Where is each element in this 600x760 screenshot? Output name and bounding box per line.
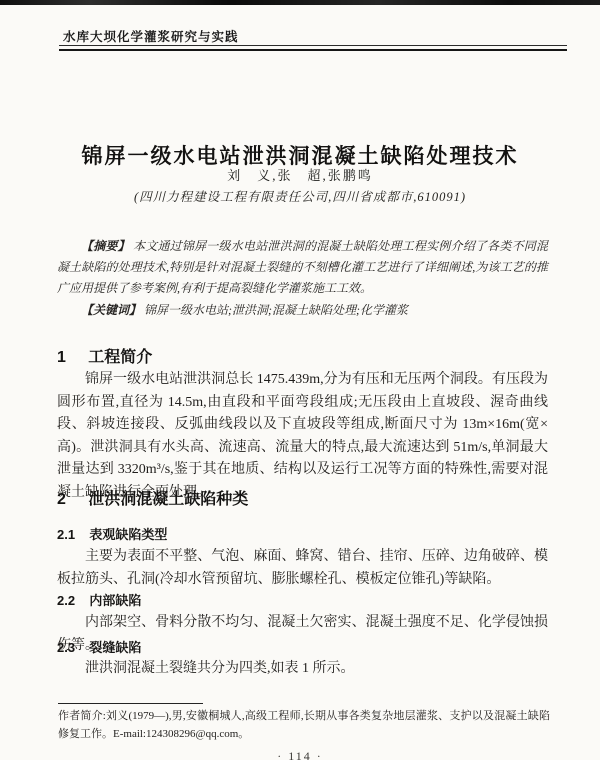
section-1-heading: 1工程简介: [57, 344, 548, 367]
section-2-2-number: 2.2: [57, 593, 75, 608]
section-2-3-paragraph: 泄洪洞混凝土裂缝共分为四类,如表 1 所示。: [57, 658, 548, 681]
footnote-rule: [58, 703, 203, 704]
section-2-2-heading: 2.2内部缺陷: [57, 590, 548, 609]
abstract-label: 【摘要】: [81, 239, 130, 253]
keywords-paragraph: 【关键词】 锦屏一级水电站;泄洪洞;混凝土缺陷处理;化学灌浆: [57, 300, 548, 321]
article-authors: 刘 义,张 超,张鹏鸣: [0, 165, 600, 184]
page-number: · 114 ·: [0, 749, 600, 760]
keywords-text: 锦屏一级水电站;泄洪洞;混凝土缺陷处理;化学灌浆: [141, 303, 408, 317]
author-bio-footnote: 作者简介:刘义(1979—),男,安徽桐城人,高级工程师,长期从事各类复杂地层灌…: [58, 707, 550, 743]
section-2-3-title: 裂缝缺陷: [89, 640, 141, 655]
abstract-paragraph: 【摘要】 本文通过锦屏一级水电站泄洪洞的混凝土缺陷处理工程实例介绍了各类不同混凝…: [57, 236, 548, 299]
section-2-3-number: 2.3: [57, 640, 75, 655]
section-1-title: 工程简介: [88, 349, 152, 366]
abstract-text: 本文通过锦屏一级水电站泄洪洞的混凝土缺陷处理工程实例介绍了各类不同混凝土缺陷的处…: [57, 239, 548, 295]
section-2-3-heading: 2.3裂缝缺陷: [57, 637, 548, 656]
section-2-1-number: 2.1: [57, 527, 75, 542]
header-double-rule: [59, 45, 567, 51]
running-header: 水库大坝化学灌浆研究与实践: [63, 27, 239, 45]
section-2-1-title: 表观缺陷类型: [89, 527, 167, 542]
keywords-label: 【关键词】: [81, 303, 141, 317]
section-1-paragraph: 锦屏一级水电站泄洪洞总长 1475.439m,分为有压和无压两个洞段。有压段为圆…: [57, 369, 548, 504]
section-2-title: 泄洪洞混凝土缺陷种类: [88, 491, 248, 508]
section-2-2-title: 内部缺陷: [89, 593, 141, 608]
scan-edge-band: [0, 0, 600, 5]
article-affiliation: (四川力程建设工程有限责任公司,四川省成都市,610091): [0, 187, 600, 205]
section-2-1-paragraph: 主要为表面不平整、气泡、麻面、蜂窝、错台、挂帘、压碎、边角破碎、模板拉筋头、孔洞…: [57, 546, 548, 591]
section-2-number: 2: [57, 491, 66, 508]
section-2-1-heading: 2.1表观缺陷类型: [57, 524, 548, 543]
scanned-paper-page: 水库大坝化学灌浆研究与实践 锦屏一级水电站泄洪洞混凝土缺陷处理技术 刘 义,张 …: [0, 0, 600, 760]
section-1-number: 1: [57, 349, 66, 366]
section-2-heading: 2泄洪洞混凝土缺陷种类: [57, 486, 548, 509]
